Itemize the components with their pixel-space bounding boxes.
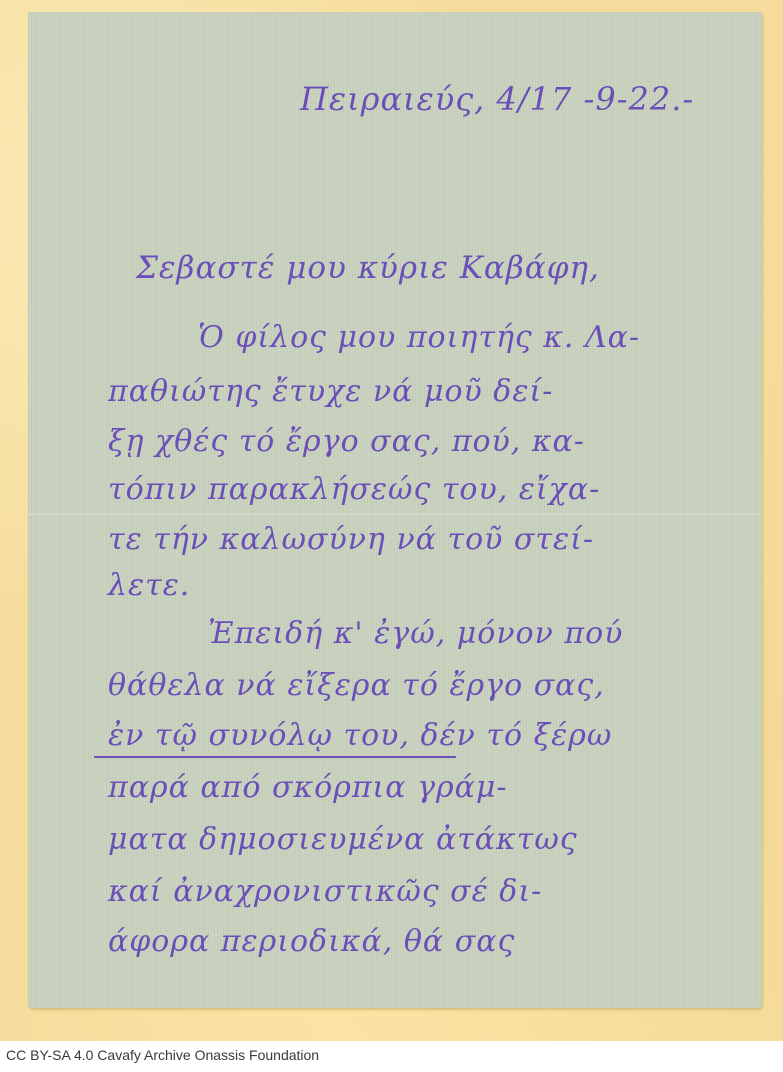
letter-line-12: καί ἀναχρονιστικῶς σέ δι-: [108, 874, 542, 909]
license-credit: CC BY-SA 4.0 Cavafy Archive Onassis Foun…: [6, 1047, 319, 1063]
scan-background: Πειραιεύς, 4/17 -9-22.- Σεβαστέ μου κύρι…: [0, 0, 783, 1041]
letter-line-5: τε τήν καλωσύνη νά τοῦ στεί-: [108, 522, 594, 557]
letter-line-7: Ἐπειδή κ' ἐγώ, μόνον πού: [208, 616, 623, 651]
paper-fold-line: [28, 514, 762, 515]
letter-line-10: παρά από σκόρπια γράμ-: [108, 770, 508, 805]
letter-line-3: ξῃ χθές τό ἔργο σας, πού, κα-: [108, 424, 585, 459]
letter-line-4: τόπιν παρακλήσεώς του, εἴχα-: [108, 472, 600, 507]
letter-line-1: Ὁ φίλος μου ποιητής κ. Λα-: [198, 320, 640, 355]
letter-line-9: ἐν τῷ συνόλῳ του, δέν τό ξέρω: [108, 718, 612, 753]
underline-stroke: [94, 756, 456, 758]
letter-place-date: Πειραιεύς, 4/17 -9-22.-: [300, 80, 694, 118]
letter-line-2: παθιώτης ἔτυχε νά μοῦ δεί-: [108, 374, 553, 409]
letter-line-13: άφορα περιοδικά, θά σας: [108, 924, 515, 959]
letter-line-11: ματα δημοσιευμένα ἀτάκτως: [108, 822, 578, 857]
letter-salutation: Σεβαστέ μου κύριε Καβάφη,: [136, 250, 600, 286]
letter-line-8: θάθελα νά εἴξερα τό ἔργο σας,: [108, 668, 605, 703]
letter-page: Πειραιεύς, 4/17 -9-22.- Σεβαστέ μου κύρι…: [28, 12, 762, 1008]
letter-line-6: λετε.: [108, 568, 190, 603]
